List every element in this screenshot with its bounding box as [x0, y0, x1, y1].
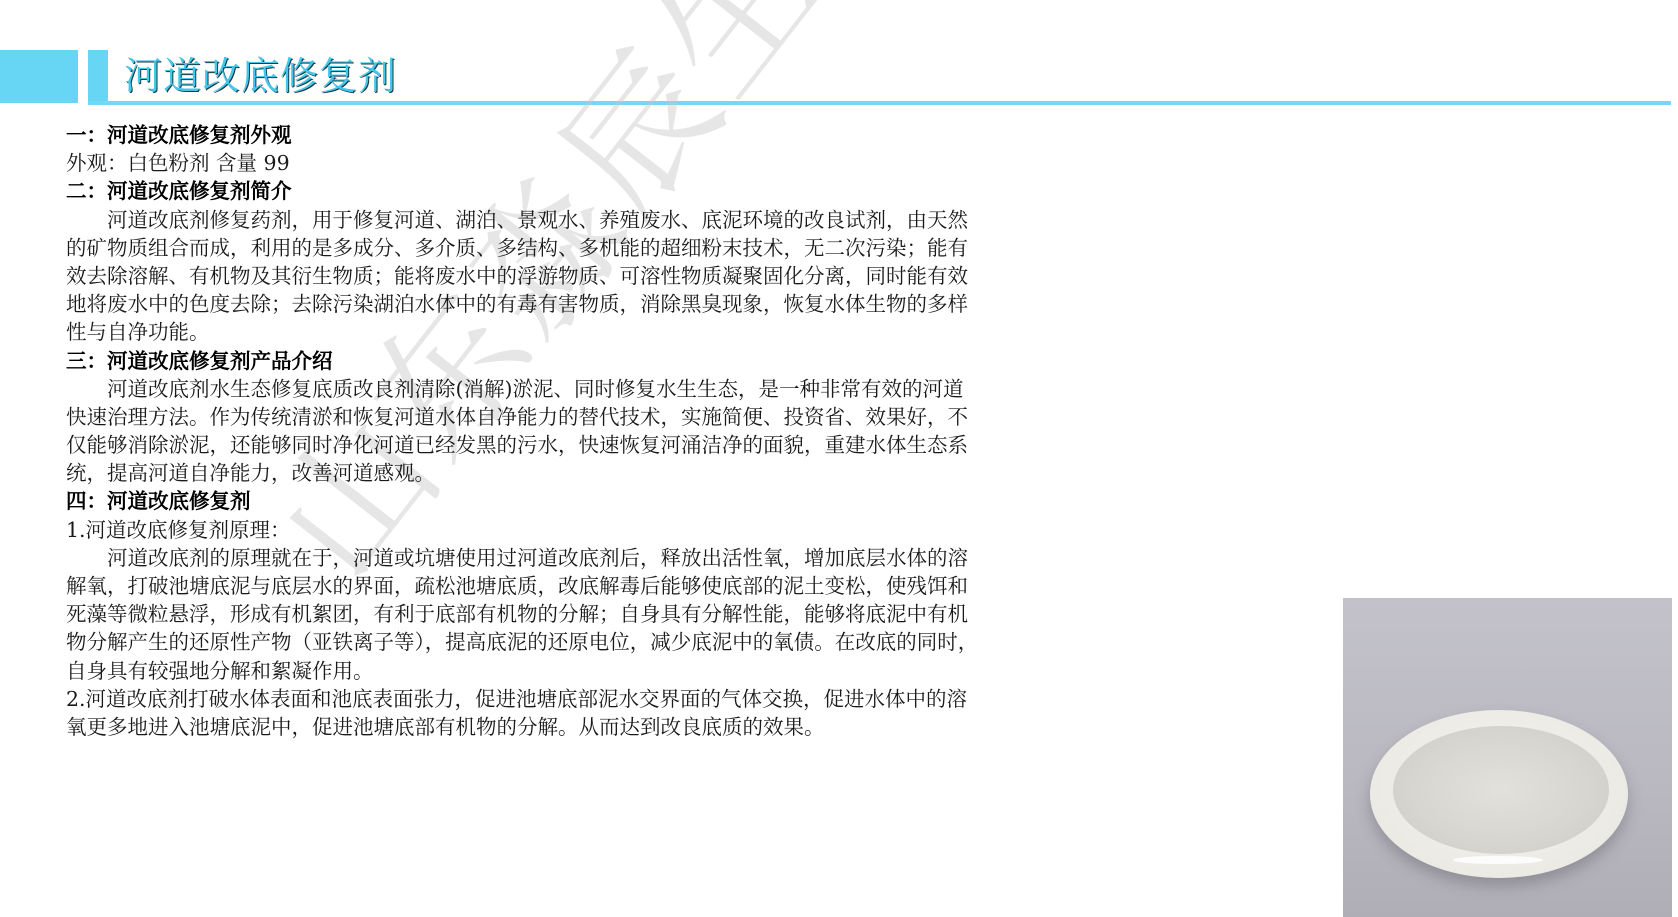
- document-body: 一：河道改底修复剂外观 外观：白色粉剂 含量 99 二：河道改底修复剂简介 河道…: [66, 121, 1126, 741]
- intro-line: 地将废水中的色度去除；去除污染湖泊水体中的有毒有害物质，消除黑臭现象，恢复水体生…: [66, 290, 1126, 318]
- principle-line: 物分解产生的还原性产物（亚铁离子等），提高底泥的还原电位，减少底泥中的氧债。在改…: [66, 628, 1126, 656]
- section-heading-intro: 二：河道改底修复剂简介: [66, 177, 1126, 205]
- principle-line: 死藻等微粒悬浮，形成有机絮团，有利于底部有机物的分解；自身具有分解性能，能够将底…: [66, 600, 1126, 628]
- product-line: 快速治理方法。作为传统清淤和恢复河道水体自净能力的替代技术，实施简便、投资省、效…: [66, 403, 1126, 431]
- intro-line: 性与自净功能。: [66, 318, 1126, 346]
- section-heading-product: 三：河道改底修复剂产品介绍: [66, 347, 1126, 375]
- intro-line: 效去除溶解、有机物及其衍生物质；能将废水中的浮游物质、可溶性物质凝聚固化分离，同…: [66, 262, 1126, 290]
- intro-line: 河道改底剂修复药剂，用于修复河道、湖泊、景观水、养殖废水、底泥环境的改良试剂，由…: [66, 206, 1126, 234]
- section-heading-appearance: 一：河道改底修复剂外观: [66, 121, 1126, 149]
- principle-subheading: 1.河道改底修复剂原理：: [66, 516, 1126, 544]
- point-two-line: 2.河道改底剂打破水体表面和池底表面张力，促进池塘底部泥水交界面的气体交换，促进…: [66, 685, 1126, 713]
- point-two-line: 氧更多地进入池塘底泥中，促进池塘底部有机物的分解。从而达到改良底质的效果。: [66, 713, 1126, 741]
- header-accent-block: [0, 50, 78, 103]
- product-line: 仅能够消除淤泥，还能够同时净化河道已经发黑的污水，快速恢复河涌洁净的面貌，重建水…: [66, 431, 1126, 459]
- section-heading-agent: 四：河道改底修复剂: [66, 487, 1126, 515]
- product-photo: [1343, 598, 1672, 917]
- header-accent-bar: [88, 50, 108, 103]
- powder-shape: [1393, 726, 1609, 854]
- principle-line: 河道改底剂的原理就在于，河道或坑塘使用过河道改底剂后，释放出活性氧，增加底层水体…: [66, 544, 1126, 572]
- intro-line: 的矿物质组合而成，利用的是多成分、多介质、多结构、多机能的超细粉末技术，无二次污…: [66, 234, 1126, 262]
- header-underline: [88, 101, 1671, 105]
- principle-line: 自身具有较强地分解和絮凝作用。: [66, 657, 1126, 685]
- principle-line: 解氧，打破池塘底泥与底层水的界面，疏松池塘底质，改底解毒后能够使底部的泥土变松，…: [66, 572, 1126, 600]
- dish-highlight: [1453, 856, 1543, 864]
- appearance-text: 外观：白色粉剂 含量 99: [66, 149, 1126, 177]
- product-line: 河道改底剂水生态修复底质改良剂清除(消解)淤泥、同时修复水生生态，是一种非常有效…: [66, 375, 1126, 403]
- product-line: 统，提高河道自净能力，改善河道感观。: [66, 459, 1126, 487]
- page-title: 河道改底修复剂: [124, 52, 397, 100]
